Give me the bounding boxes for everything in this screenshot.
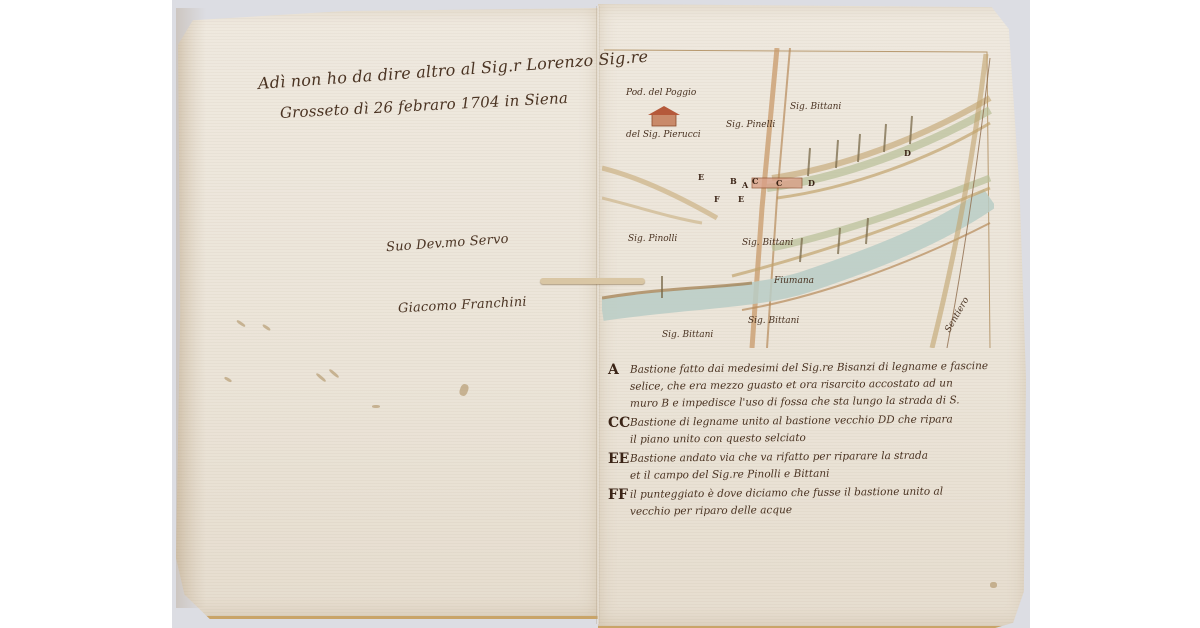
legend-line: muro B e impedisce l'uso di fossa che st… (608, 392, 1028, 413)
ink-stain (372, 405, 380, 408)
map-label-villa-owner: del Sig. Pierucci (626, 130, 701, 140)
map-letter-d2: D (904, 148, 911, 158)
legend-entry-a: A Bastione fatto dai medesimi del Sig.re… (608, 362, 1028, 413)
map-letter-d: D (808, 178, 815, 188)
legend-entry-ff: FF il punteggiato è dove diciamo che fus… (608, 487, 1028, 521)
legend-line: et il campo del Sig.re Pinolli e Bittani (608, 464, 1028, 485)
legend-entry-ee: EE Bastione andato via che va rifatto pe… (608, 451, 1028, 485)
ink-stain (990, 582, 997, 588)
map-label-left-field: Sig. Pinolli (628, 234, 677, 244)
hand-drawn-map: Pod. del Poggio del Sig. Pierucci Sig. P… (602, 48, 994, 348)
map-label-river: Fiumana (774, 276, 814, 286)
legend-line: vecchio per riparo delle acque (608, 500, 1028, 521)
map-letter-f: F (714, 194, 720, 204)
map-label-mid-field: Sig. Bittani (742, 238, 793, 248)
map-letter-e: E (698, 172, 704, 182)
map-label-villa: Pod. del Poggio (626, 88, 696, 98)
map-label-bottom-field: Sig. Bittani (662, 330, 713, 340)
legend-entry-cc: CC Bastione di legname unito al bastione… (608, 415, 1028, 449)
map-label-lower-field: Sig. Bittani (748, 316, 799, 326)
legend-line: il piano unito con questo selciato (608, 428, 1028, 449)
map-label-top-field: Sig. Bittani (790, 102, 841, 112)
map-letter-b: B (730, 176, 737, 186)
map-letter-e2: E (738, 194, 744, 204)
map-letter-a: A (742, 180, 748, 190)
left-page-fold-shadow (176, 8, 206, 608)
map-letter-c: C (752, 176, 758, 186)
page-spine (596, 6, 600, 624)
map-letter-c2: C (776, 178, 782, 188)
map-legend: A Bastione fatto dai medesimi del Sig.re… (608, 362, 1028, 523)
map-label-road-top: Sig. Pinelli (726, 120, 775, 130)
